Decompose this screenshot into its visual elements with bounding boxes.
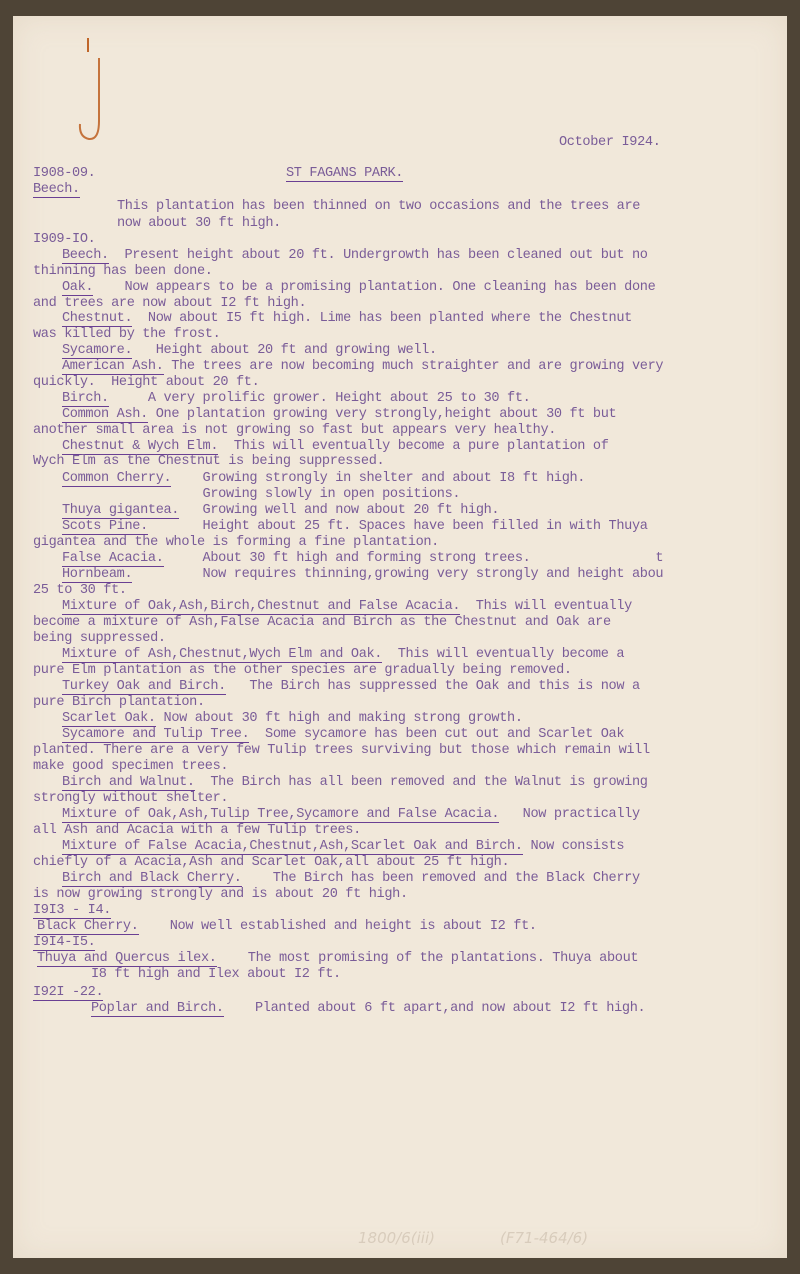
text-line: Chestnut. Now about I5 ft high. Lime has…: [62, 311, 632, 326]
line-text: Growing well and now about 20 ft high.: [179, 503, 499, 518]
line-text: Planted about 6 ft apart,and now about I…: [224, 1001, 646, 1016]
underlined-heading: Beech.: [62, 248, 109, 264]
line-text: Wych Elm as the Chestnut is being suppre…: [33, 454, 384, 469]
line-text: A very prolific grower. Height about 25 …: [109, 391, 531, 406]
line-text: and trees are now about I2 ft high.: [33, 296, 306, 311]
line-text: The Birch has been removed and the Black…: [242, 871, 640, 886]
text-line: I909-IO.: [33, 232, 95, 247]
text-line: another small area is not growing so fas…: [33, 423, 556, 438]
underlined-heading: Birch and Walnut.: [62, 775, 195, 791]
line-text: This will eventually become a: [382, 647, 624, 662]
text-line: Birch. A very prolific grower. Height ab…: [62, 391, 530, 406]
line-text: quickly. Height about 20 ft.: [33, 375, 259, 390]
text-line: Black Cherry. Now well established and h…: [37, 919, 537, 934]
text-line: Growing slowly in open positions.: [62, 487, 460, 502]
line-text: Present height about 20 ft. Undergrowth …: [109, 248, 648, 263]
underlined-heading: Scarlet Oak.: [62, 711, 156, 727]
line-text: One plantation growing very strongly,hei…: [148, 407, 616, 422]
underlined-heading: Birch.: [62, 391, 109, 407]
text-line: Turkey Oak and Birch. The Birch has supp…: [62, 679, 640, 694]
text-line: Thuya and Quercus ilex. The most promisi…: [37, 951, 638, 966]
text-line: now about 30 ft high.: [117, 216, 281, 231]
line-text: I908-09.: [33, 166, 95, 181]
text-line: Wych Elm as the Chestnut is being suppre…: [33, 454, 384, 469]
line-text: being suppressed.: [33, 631, 166, 646]
underlined-heading: Chestnut.: [62, 311, 132, 327]
text-line: strongly without shelter.: [33, 791, 228, 806]
line-text: chiefly of a Acacia,Ash and Scarlet Oak,…: [33, 855, 509, 870]
archive-mark-left: 1800/6(iii): [358, 1229, 435, 1247]
text-line: Oak. Now appears to be a promising plant…: [62, 280, 655, 295]
line-text: Now well established and height is about…: [139, 919, 537, 934]
line-text: Now practically: [499, 807, 640, 822]
line-text: The Birch has all been removed and the W…: [195, 775, 648, 790]
text-line: Beech. Present height about 20 ft. Under…: [62, 248, 648, 263]
underlined-heading: Beech.: [33, 182, 80, 198]
underlined-heading: Thuya and Quercus ilex.: [37, 951, 217, 967]
underlined-heading: Hornbeam.: [62, 567, 132, 583]
text-line: I8 ft high and Ilex about I2 ft.: [91, 967, 341, 982]
text-line: Birch and Black Cherry. The Birch has be…: [62, 871, 640, 886]
text-line: American Ash. The trees are now becoming…: [62, 359, 663, 374]
line-text: another small area is not growing so fas…: [33, 423, 556, 438]
archive-mark-right: (F71-464/6): [500, 1229, 588, 1247]
underlined-heading: I9I3 - I4.: [33, 903, 111, 919]
underlined-heading: Poplar and Birch.: [91, 1001, 224, 1017]
text-line: is now growing strongly and is about 20 …: [33, 887, 408, 902]
underlined-heading: Mixture of Oak,Ash,Tulip Tree,Sycamore a…: [62, 807, 499, 823]
text-line: all Ash and Acacia with a few Tulip tree…: [33, 823, 361, 838]
text-line: and trees are now about I2 ft high.: [33, 296, 306, 311]
text-line: Mixture of Oak,Ash,Birch,Chestnut and Fa…: [62, 599, 632, 614]
text-line: False Acacia. About 30 ft high and formi…: [62, 551, 663, 566]
underlined-heading: Oak.: [62, 280, 93, 296]
underlined-heading: I92I -22.: [33, 985, 103, 1001]
underlined-heading: Common Ash.: [62, 407, 148, 423]
line-text: gigantea and the whole is forming a fine…: [33, 535, 439, 550]
line-text: strongly without shelter.: [33, 791, 228, 806]
text-line: become a mixture of Ash,False Acacia and…: [33, 615, 611, 630]
underlined-heading: American Ash.: [62, 359, 164, 375]
text-line: pure Elm plantation as the other species…: [33, 663, 572, 678]
line-text: Growing strongly in shelter and about I8…: [171, 471, 585, 486]
text-line: Scots Pine. Height about 25 ft. Spaces h…: [62, 519, 648, 534]
document-date: October I924.: [559, 135, 661, 150]
line-text: become a mixture of Ash,False Acacia and…: [33, 615, 611, 630]
underlined-heading: Black Cherry.: [37, 919, 139, 935]
underlined-heading: Chestnut & Wych Elm.: [62, 439, 218, 455]
line-text: I8 ft high and Ilex about I2 ft.: [91, 967, 341, 982]
underlined-heading: False Acacia.: [62, 551, 164, 567]
line-text: Now appears to be a promising plantation…: [93, 280, 655, 295]
text-line: was killed by the frost.: [33, 327, 220, 342]
text-line: thinning has been done.: [33, 264, 213, 279]
text-line: Beech.: [33, 182, 80, 197]
text-line: chiefly of a Acacia,Ash and Scarlet Oak,…: [33, 855, 509, 870]
text-line: Thuya gigantea. Growing well and now abo…: [62, 503, 499, 518]
line-text: Now consists: [523, 839, 625, 854]
line-text: This plantation has been thinned on two …: [117, 199, 640, 214]
text-line: I92I -22.: [33, 985, 103, 1000]
line-text: The most promising of the plantations. T…: [217, 951, 639, 966]
text-line: planted. There are a very few Tulip tree…: [33, 743, 650, 758]
text-line: being suppressed.: [33, 631, 166, 646]
paperclip-rust-mark-icon: [75, 36, 107, 146]
text-line: quickly. Height about 20 ft.: [33, 375, 259, 390]
line-text: Height about 20 ft and growing well.: [132, 343, 437, 358]
line-text: I909-IO.: [33, 232, 95, 247]
underlined-heading: Sycamore and Tulip Tree.: [62, 727, 249, 743]
line-text: Now about 30 ft high and making strong g…: [156, 711, 523, 726]
text-line: Hornbeam. Now requires thinning,growing …: [62, 567, 663, 582]
underlined-heading: I9I4-I5.: [33, 935, 95, 951]
text-line: Mixture of Oak,Ash,Tulip Tree,Sycamore a…: [62, 807, 640, 822]
line-text: The Birch has suppressed the Oak and thi…: [226, 679, 640, 694]
line-text: planted. There are a very few Tulip tree…: [33, 743, 650, 758]
text-line: Mixture of Ash,Chestnut,Wych Elm and Oak…: [62, 647, 624, 662]
underlined-heading: Turkey Oak and Birch.: [62, 679, 226, 695]
text-line: Common Cherry. Growing strongly in shelt…: [62, 471, 585, 486]
underlined-heading: Common Cherry.: [62, 471, 171, 487]
text-line: Common Ash. One plantation growing very …: [62, 407, 616, 422]
text-line: pure Birch plantation.: [33, 695, 205, 710]
line-text: About 30 ft high and forming strong tree…: [164, 551, 664, 566]
underlined-heading: Mixture of Oak,Ash,Birch,Chestnut and Fa…: [62, 599, 460, 615]
text-line: I9I4-I5.: [33, 935, 95, 950]
text-line: This plantation has been thinned on two …: [117, 199, 640, 214]
line-text: pure Birch plantation.: [33, 695, 205, 710]
text-line: I908-09.: [33, 166, 95, 181]
line-text: was killed by the frost.: [33, 327, 220, 342]
line-text: thinning has been done.: [33, 264, 213, 279]
line-text: 25 to 30 ft.: [33, 583, 127, 598]
text-line: make good specimen trees.: [33, 759, 228, 774]
line-text: pure Elm plantation as the other species…: [33, 663, 572, 678]
underlined-heading: Sycamore.: [62, 343, 132, 359]
underlined-heading: Scots Pine.: [62, 519, 148, 535]
text-line: Scarlet Oak. Now about 30 ft high and ma…: [62, 711, 523, 726]
text-line: Chestnut & Wych Elm. This will eventuall…: [62, 439, 609, 454]
underlined-heading: Mixture of Ash,Chestnut,Wych Elm and Oak…: [62, 647, 382, 663]
text-line: Sycamore and Tulip Tree. Some sycamore h…: [62, 727, 624, 742]
line-text: now about 30 ft high.: [117, 216, 281, 231]
underlined-heading: Birch and Black Cherry.: [62, 871, 242, 887]
text-line: I9I3 - I4.: [33, 903, 111, 918]
line-text: all Ash and Acacia with a few Tulip tree…: [33, 823, 361, 838]
text-line: 25 to 30 ft.: [33, 583, 127, 598]
line-text: Now requires thinning,growing very stron…: [132, 567, 663, 582]
line-text: This will eventually become a pure plant…: [218, 439, 608, 454]
line-text: Growing slowly in open positions.: [62, 487, 460, 502]
text-line: Birch and Walnut. The Birch has all been…: [62, 775, 648, 790]
line-text: Now about I5 ft high. Lime has been plan…: [132, 311, 632, 326]
underlined-heading: Mixture of False Acacia,Chestnut,Ash,Sca…: [62, 839, 523, 855]
line-text: The trees are now becoming much straight…: [164, 359, 664, 374]
line-text: Some sycamore has been cut out and Scarl…: [249, 727, 624, 742]
line-text: This will eventually: [460, 599, 632, 614]
text-line: Mixture of False Acacia,Chestnut,Ash,Sca…: [62, 839, 624, 854]
text-line: Sycamore. Height about 20 ft and growing…: [62, 343, 437, 358]
text-line: gigantea and the whole is forming a fine…: [33, 535, 439, 550]
text-line: Poplar and Birch. Planted about 6 ft apa…: [91, 1001, 645, 1016]
line-text: is now growing strongly and is about 20 …: [33, 887, 408, 902]
line-text: make good specimen trees.: [33, 759, 228, 774]
underlined-heading: Thuya gigantea.: [62, 503, 179, 519]
line-text: Height about 25 ft. Spaces have been fil…: [148, 519, 648, 534]
document-page: October I924. ST FAGANS PARK. I908-09.Be…: [13, 16, 787, 1258]
document-title: ST FAGANS PARK.: [286, 166, 403, 182]
